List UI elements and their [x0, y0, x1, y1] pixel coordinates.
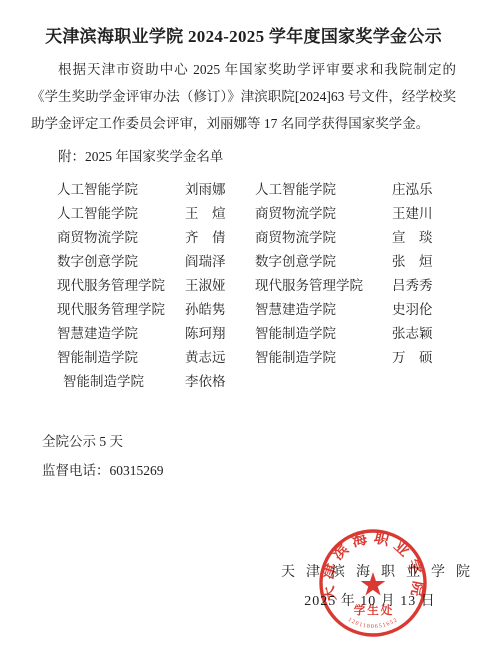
name-cell: 李依格 — [185, 370, 255, 394]
college-cell — [255, 370, 392, 394]
college-cell: 数字创意学院 — [57, 250, 185, 274]
name-cell: 王淑娅 — [185, 274, 255, 298]
college-cell: 人工智能学院 — [57, 202, 185, 226]
name-cell: 陈珂翔 — [185, 322, 255, 346]
college-cell: 现代服务管理学院 — [255, 274, 392, 298]
college-cell: 智能制造学院 — [57, 346, 185, 370]
name-cell: 王 煊 — [185, 202, 255, 226]
college-cell: 人工智能学院 — [255, 178, 392, 202]
name-cell — [392, 370, 482, 394]
college-cell: 智能制造学院 — [57, 370, 185, 394]
name-cell: 王建川 — [392, 202, 482, 226]
supervision-phone: 监督电话：60315269 — [42, 461, 456, 481]
seal-serial: 1201180651652 — [347, 617, 399, 630]
signature-block: 天津滨海职业学院 2025 年 10 月 13 日 — [270, 561, 470, 610]
college-cell: 智慧建造学院 — [57, 322, 185, 346]
college-cell: 商贸物流学院 — [57, 226, 185, 250]
name-cell: 孙皓隽 — [185, 298, 255, 322]
name-cell: 张志颖 — [392, 322, 482, 346]
name-cell: 史羽伦 — [392, 298, 482, 322]
name-cell: 刘雨娜 — [185, 178, 255, 202]
table-row: 现代服务管理学院 王淑娅 现代服务管理学院 吕秀秀 — [57, 274, 456, 298]
body-paragraph: 根据天津市资助中心 2025 年国家奖助学评审要求和我院制定的《学生奖助学金评审… — [31, 56, 456, 137]
name-cell: 阎瑞泽 — [185, 250, 255, 274]
table-row: 商贸物流学院 齐 倩 商贸物流学院 宣 琰 — [57, 226, 456, 250]
table-row: 智能制造学院 李依格 — [57, 370, 456, 394]
college-cell: 人工智能学院 — [57, 178, 185, 202]
college-cell: 商贸物流学院 — [255, 226, 392, 250]
college-cell: 数字创意学院 — [255, 250, 392, 274]
signature-org: 天津滨海职业学院 — [270, 561, 470, 581]
publicity-period: 全院公示 5 天 — [42, 432, 456, 452]
name-cell: 黄志远 — [185, 346, 255, 370]
college-cell: 现代服务管理学院 — [57, 274, 185, 298]
name-cell: 万 硕 — [392, 346, 482, 370]
page-title: 天津滨海职业学院 2024-2025 学年度国家奖学金公示 — [31, 26, 456, 48]
college-cell: 智能制造学院 — [255, 346, 392, 370]
college-cell: 商贸物流学院 — [255, 202, 392, 226]
scholarship-roster: 人工智能学院 刘雨娜 人工智能学院 庄泓乐 人工智能学院 王 煊 商贸物流学院 … — [57, 178, 456, 394]
table-row: 数字创意学院 阎瑞泽 数字创意学院 张 烜 — [57, 250, 456, 274]
table-row: 智能制造学院 黄志远 智能制造学院 万 硕 — [57, 346, 456, 370]
name-cell: 宣 琰 — [392, 226, 482, 250]
table-row: 智慧建造学院 陈珂翔 智能制造学院 张志颖 — [57, 322, 456, 346]
college-cell: 现代服务管理学院 — [57, 298, 185, 322]
name-cell: 张 烜 — [392, 250, 482, 274]
document-page: 天津滨海职业学院 2024-2025 学年度国家奖学金公示 根据天津市资助中心 … — [0, 0, 486, 645]
name-cell: 齐 倩 — [185, 226, 255, 250]
name-cell: 吕秀秀 — [392, 274, 482, 298]
table-row: 现代服务管理学院 孙皓隽 智慧建造学院 史羽伦 — [57, 298, 456, 322]
name-cell: 庄泓乐 — [392, 178, 482, 202]
signature-date: 2025 年 10 月 13 日 — [270, 590, 470, 610]
table-row: 人工智能学院 刘雨娜 人工智能学院 庄泓乐 — [57, 178, 456, 202]
college-cell: 智能制造学院 — [255, 322, 392, 346]
college-cell: 智慧建造学院 — [255, 298, 392, 322]
attachment-label: 附：2025 年国家奖学金名单 — [31, 143, 456, 170]
table-row: 人工智能学院 王 煊 商贸物流学院 王建川 — [57, 202, 456, 226]
